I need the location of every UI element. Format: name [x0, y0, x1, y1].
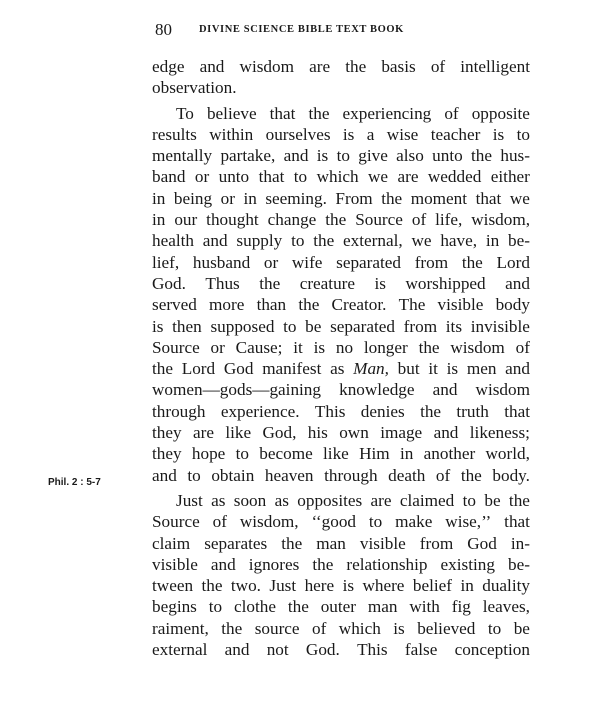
text-line: raiment,thesourceofwhichisbelievedtobe: [152, 618, 530, 639]
running-head: DIVINE SCIENCE BIBLE TEXT BOOK: [199, 24, 404, 35]
text-line: Sourceofwisdom,‘‘goodtomakewise,’’that: [152, 511, 530, 532]
text-line: servedmorethantheCreator.Thevisiblebody: [152, 294, 530, 315]
text-line: observation.: [152, 77, 530, 98]
text-line: throughexperience.Thisdeniesthetruththat: [152, 401, 530, 422]
body-text: edgeandwisdomarethebasisofintelligent ob…: [152, 56, 530, 660]
text-line: lief,husbandorwifeseparatedfromtheLord: [152, 252, 530, 273]
text-line: claimseparatesthemanvisiblefromGodin-: [152, 533, 530, 554]
text-line: externalandnotGod.Thisfalseconception: [152, 639, 530, 660]
margin-note-scripture-reference: Phil. 2 : 5-7: [48, 477, 101, 488]
text-line: God.Thusthecreatureisworshippedand: [152, 273, 530, 294]
text-line: bandoruntothattowhichweareweddedeither: [152, 166, 530, 187]
paragraph: edgeandwisdomarethebasisofintelligent ob…: [152, 56, 530, 99]
text-line-with-italic: theLordGodmanifestasMan,butitismenand: [152, 358, 530, 379]
text-line: Justassoonasoppositesareclaimedtobethe: [152, 490, 530, 511]
text-line: healthandsupplytotheexternal,wehave,inbe…: [152, 230, 530, 251]
text-line: edgeandwisdomarethebasisofintelligent: [152, 56, 530, 77]
page-number: 80: [155, 20, 172, 40]
text-line: inbeingorinseeming.Fromthemomentthatwe: [152, 188, 530, 209]
text-line: theyarelikeGod,hisownimageandlikeness;: [152, 422, 530, 443]
text-line: isthensupposedtobeseparatedfromitsinvisi…: [152, 316, 530, 337]
text-line: theyhopetobecomelikeHiminanotherworld,: [152, 443, 530, 464]
text-line: mentallypartake,andistogivealsountothehu…: [152, 145, 530, 166]
text-line: resultswithinourselvesisawiseteacheristo: [152, 124, 530, 145]
text-line: SourceorCause;itisnolongerthewisdomof: [152, 337, 530, 358]
page-header: 80 DIVINE SCIENCE BIBLE TEXT BOOK: [155, 20, 530, 42]
text-line: Tobelievethattheexperiencingofopposite: [152, 103, 530, 124]
text-line: women—gods—gainingknowledgeandwisdom: [152, 379, 530, 400]
text-line: beginstoclothetheoutermanwithfigleaves,: [152, 596, 530, 617]
text-line: tweenthetwo.Justhereiswherebeliefinduali…: [152, 575, 530, 596]
paragraph: Tobelievethattheexperiencingofopposite r…: [152, 103, 530, 486]
paragraph: Justassoonasoppositesareclaimedtobethe S…: [152, 490, 530, 660]
text-line: visibleandignorestherelationshipexisting…: [152, 554, 530, 575]
text-line: andtoobtainheaventhroughdeathofthebody.: [152, 465, 530, 486]
text-line: inourthoughtchangetheSourceoflife,wisdom…: [152, 209, 530, 230]
